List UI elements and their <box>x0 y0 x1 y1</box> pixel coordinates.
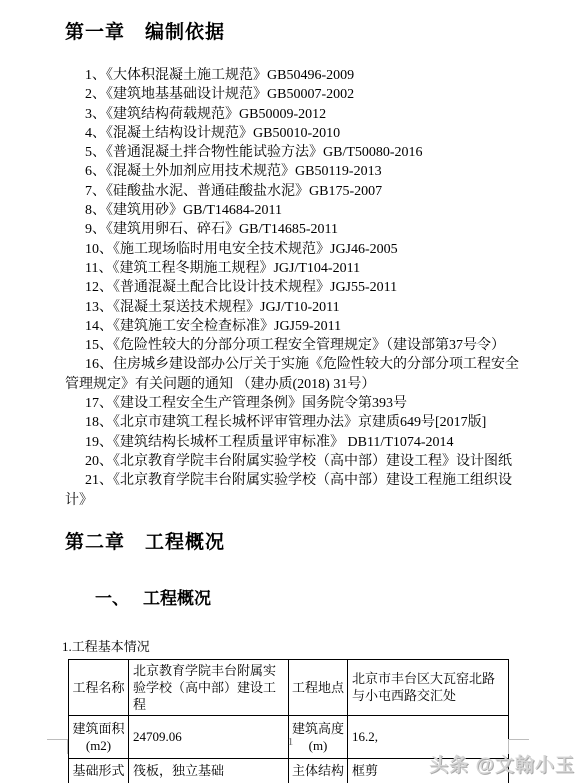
reference-list: 1、《大体积混凝土施工规范》GB50496-2009 2、《建筑地基基础设计规范… <box>65 66 523 510</box>
reference-item-8: 8、《建筑用砂》GB/T14684-2011 <box>65 201 523 220</box>
reference-item-3: 3、《建筑结构荷载规范》GB50009-2012 <box>65 105 523 124</box>
cell-foundation-type-label: 基础形式 <box>69 758 129 783</box>
reference-item-14: 14、《建筑施工安全检查标准》JGJ59-2011 <box>65 317 523 336</box>
reference-item-11: 11、《建筑工程冬期施工规程》JGJ/T104-2011 <box>65 259 523 278</box>
reference-item-17: 17、《建设工程安全生产管理条例》国务院令第393号 <box>65 394 523 413</box>
reference-item-16: 16、住房城乡建设部办公厅关于实施《危险性较大的分部分项工程安全管理规定》有关问… <box>65 355 523 394</box>
section-heading: 一、工程概况 <box>95 584 523 609</box>
watermark: 头条 @文翰小玉 <box>429 750 575 777</box>
document-page: 第一章 编制依据 1、《大体积混凝土施工规范》GB50496-2009 2、《建… <box>0 0 581 783</box>
reference-item-2: 2、《建筑地基基础设计规范》GB50007-2002 <box>65 85 523 104</box>
reference-item-13: 13、《混凝土泵送技术规程》JGJ/T10-2011 <box>65 298 523 317</box>
table-row-project-name: 工程名称 北京教育学院丰台附属实验学校（高中部）建设工程 工程地点 北京市丰台区… <box>69 659 509 715</box>
reference-item-4: 4、《混凝土结构设计规范》GB50010-2010 <box>65 124 523 143</box>
document-content: 第一章 编制依据 1、《大体积混凝土施工规范》GB50496-2009 2、《建… <box>65 0 523 783</box>
reference-item-6: 6、《混凝土外加剂应用技术规范》GB50119-2013 <box>65 162 523 181</box>
reference-item-1: 1、《大体积混凝土施工规范》GB50496-2009 <box>65 66 523 85</box>
reference-item-7: 7、《硅酸盐水泥、普通硅酸盐水泥》GB175-2007 <box>65 182 523 201</box>
cell-foundation-type-value: 筏板，独立基础 <box>129 758 289 783</box>
reference-item-5: 5、《普通混凝土拌合物性能试验方法》GB/T50080-2016 <box>65 143 523 162</box>
reference-item-15: 15、《危险性较大的分部分项工程安全管理规定》（建设部第37号令） <box>65 336 523 355</box>
section-title: 工程概况 <box>143 589 211 608</box>
cell-project-name-value: 北京教育学院丰台附属实验学校（高中部）建设工程 <box>129 659 289 715</box>
reference-item-18: 18、《北京市建筑工程长城杯评审管理办法》京建质649号[2017版] <box>65 413 523 432</box>
reference-item-20: 20、《北京教育学院丰台附属实验学校（高中部）建设工程》设计图纸 <box>65 452 523 471</box>
reference-item-10: 10、《施工现场临时用电安全技术规范》JGJ46-2005 <box>65 240 523 259</box>
cell-main-structure-label: 主体结构 <box>289 758 348 783</box>
cell-project-name-label: 工程名称 <box>69 659 129 715</box>
section-number: 一、 <box>95 589 129 608</box>
chapter-2-heading: 第二章 工程概况 <box>65 527 523 554</box>
margin-mark-left-icon <box>47 739 68 754</box>
page-number: 1 <box>0 736 581 748</box>
cell-project-location-label: 工程地点 <box>289 659 348 715</box>
reference-item-21: 21、《北京教育学院丰台附属实验学校（高中部）建设工程施工组织设计》 <box>65 471 523 510</box>
reference-item-9: 9、《建筑用卵石、碎石》GB/T14685-2011 <box>65 220 523 239</box>
reference-item-19: 19、《建筑结构长城杯工程质量评审标准》 DB11/T1074-2014 <box>65 433 523 452</box>
chapter-1-heading: 第一章 编制依据 <box>65 17 523 44</box>
reference-item-12: 12、《普通混凝土配合比设计技术规程》JGJ55-2011 <box>65 278 523 297</box>
cell-project-location-value: 北京市丰台区大瓦窑北路与小屯西路交汇处 <box>348 659 509 715</box>
subsection-title: 1.工程基本情况 <box>62 636 523 655</box>
